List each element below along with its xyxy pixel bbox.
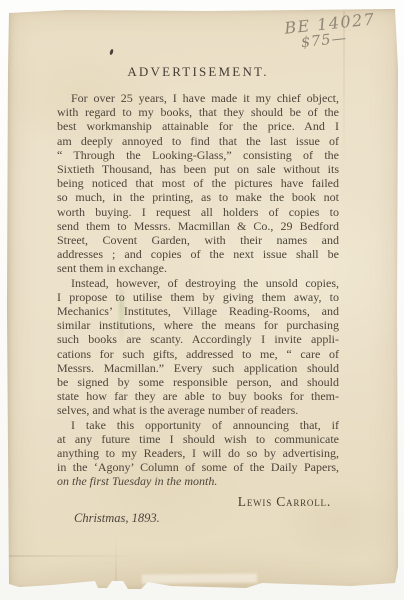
text-line: state how far they are able to buy books… (57, 389, 339, 403)
document-body: For over 25 years, I have made it my chi… (57, 91, 339, 525)
handwritten-annotation: BE 14027 $75— (283, 11, 377, 52)
text-line: selves, and what is the average number o… (57, 403, 339, 417)
text-line: Sixtieth Thousand, has been put on sale … (57, 162, 339, 176)
paper-crease (9, 555, 139, 557)
text-line: send them to Messrs. Macmillan & Co., 29… (57, 219, 339, 233)
text-line: I propose to utilise them by giving them… (57, 290, 339, 304)
text-line: in the ‘Agony’ Column of some of the Dai… (57, 460, 339, 474)
text-line: am deeply annoyed to find that the last … (57, 134, 339, 148)
text-line: I take this opportunity of announcing th… (57, 418, 339, 432)
text-line: Mechanics’ Institutes, Village Reading-R… (57, 304, 339, 318)
text-line: “ Through the Looking-Glass,” consisting… (57, 148, 339, 162)
ink-speck (109, 49, 114, 56)
document-title: ADVERTISEMENT. (57, 64, 339, 80)
text-line: sent them in exchange. (57, 261, 339, 275)
paper-crease (115, 537, 117, 583)
text-line: Street, Covent Garden, with their names … (57, 233, 339, 247)
text-line: such books are scanty. Accordingly I inv… (57, 332, 339, 346)
text-line: worth buying. I request all holders of c… (57, 205, 339, 219)
text-line: For over 25 years, I have made it my chi… (57, 91, 339, 105)
signature: Lewis Carroll. (57, 495, 339, 509)
text-line: being noticed that most of the pictures … (57, 176, 339, 190)
dateline: Christmas, 1893. (57, 511, 339, 525)
text-line: Instead, however, of destroying the unso… (57, 276, 339, 290)
photo-backdrop: BE 14027 $75— ADVERTISEMENT. For over 25… (0, 0, 404, 600)
text-line: Messrs. Macmillan.” Every such applicati… (57, 361, 339, 375)
text-line: on the first Tuesday in the month. (57, 474, 339, 488)
paper-abrasion (142, 573, 257, 583)
text-line: similar institutions, where the means fo… (57, 318, 339, 332)
text-line: best workmanship attainable for the pric… (57, 119, 339, 133)
text-line: cations for such gifts, addressed to me,… (57, 347, 339, 361)
text-line: addresses ; and copies of the next issue… (57, 247, 339, 261)
text-line: anything to my Readers, I will do so by … (57, 446, 339, 460)
document-paper: BE 14027 $75— ADVERTISEMENT. For over 25… (7, 9, 398, 590)
text-line: be signed by some responsible person, an… (57, 375, 339, 389)
text-line: with regard to my books, that they shoul… (57, 105, 339, 119)
text-line: at any future time I should wish to comm… (57, 432, 339, 446)
text-line: so much, in the printing, as to make the… (57, 190, 339, 204)
